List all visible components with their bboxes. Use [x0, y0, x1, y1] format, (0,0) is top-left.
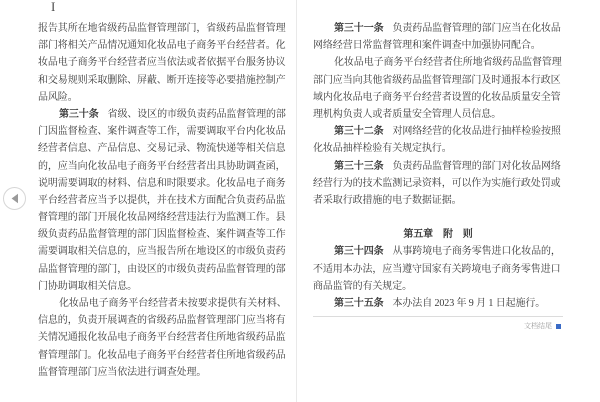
page-right-text-column: 第三十一条负责药品监督管理的部门应当在化妆品网络经营日常监督管理和案件调查中加强… [313, 20, 563, 312]
text-cursor-i-beam: I [51, 0, 55, 14]
text-line: 理机构负责人或者质量安全管理人员信息。 [313, 106, 563, 123]
text-line: 者采取行政措施的电子数据证据。 [313, 192, 563, 209]
text-line: 商品监管的有关规定。 [313, 278, 563, 295]
text-line: 第三十四条从事跨境电子商务零售进口化妆品的， [313, 243, 563, 260]
text-line: 和交易规则采取删除、屏蔽、断开连接等必要措施控制产 [38, 72, 286, 89]
text-line: 部门应当向其他省级药品监督管理部门及时通报本行政区 [313, 72, 563, 89]
text-line: 第三十三条负责药品监督管理的部门对化妆品网络 [313, 158, 563, 175]
article-number: 第三十三条 [334, 161, 384, 172]
text-line: 第三十条省级、设区的市级负责药品监督管理的部 [38, 106, 286, 123]
article-number: 第三十四条 [334, 246, 384, 257]
article-number: 第三十五条 [334, 298, 384, 309]
text-line: 报告其所在地省级药品监督管理部门，省级药品监督管理 [38, 20, 286, 37]
text-line: 门协助调取相关信息。 [38, 278, 286, 295]
text-line: 经营行为的技术监测记录资料，可以作为实施行政处罚或 [313, 175, 563, 192]
text-line: 督管理的部门开展化妆品网络经营违法行为监测工作。县 [38, 209, 286, 226]
text-line: 域内化妆品电子商务平台经营者设置的化妆品质量安全管 [313, 89, 563, 106]
text-line: 需要调取相关信息的，应当报告所在地设区的市级负责药 [38, 243, 286, 260]
page-right: 第三十一条负责药品监督管理的部门应当在化妆品网络经营日常监督管理和案件调查中加强… [297, 0, 600, 402]
text-line: 化妆品抽样检验有关规定执行。 [313, 140, 563, 157]
text-line: 化妆品电子商务平台经营者住所地省级药品监督管理 [313, 54, 563, 71]
chevron-left-icon [10, 193, 19, 204]
previous-page-button[interactable] [3, 187, 26, 210]
text-line: 部门将相关产品情况通知化妆品电子商务平台经营者。化 [38, 37, 286, 54]
page-left: 报告其所在地省级药品监督管理部门，省级药品监督管理部门将相关产品情况通知化妆品电… [0, 0, 296, 402]
article-number: 第三十条 [59, 109, 99, 120]
text-line: 第三十五条本办法自 2023 年 9 月 1 日起施行。 [313, 295, 563, 312]
text-line: 的，应当向化妆品电子商务平台经营者出具协助调查函， [38, 158, 286, 175]
document-end-rule [313, 316, 563, 317]
text-line: 说明需要调取的材料、信息和时限要求。化妆品电子商务 [38, 175, 286, 192]
text-line: 平台经营者应当予以提供，并在技术方面配合负责药品监 [38, 192, 286, 209]
text-line: 第五章 附 则 [313, 226, 563, 243]
text-line: 品风险。 [38, 89, 286, 106]
text-line: 品监督管理的部门，由设区的市级负责药品监督管理的部 [38, 261, 286, 278]
text-line: 第三十一条负责药品监督管理的部门应当在化妆品 [313, 20, 563, 37]
text-line: 网络经营日常监督管理和案件调查中加强协同配合。 [313, 37, 563, 54]
text-line: 信息的，负责开展调查的省级药品监督管理部门应当将有 [38, 312, 286, 329]
document-end-label: 文档结尾 [524, 321, 552, 331]
article-number: 第三十二条 [334, 126, 384, 137]
text-line [313, 209, 563, 226]
document-end-square-icon [556, 324, 561, 329]
document-viewer: 报告其所在地省级药品监督管理部门，省级药品监督管理部门将相关产品情况通知化妆品电… [0, 0, 600, 402]
text-line: 监督管理部门应当依法进行调查处理。 [38, 364, 286, 381]
page-left-text-column: 报告其所在地省级药品监督管理部门，省级药品监督管理部门将相关产品情况通知化妆品电… [38, 20, 286, 381]
text-line: 经营者信息、产品信息、交易记录、物流快递等相关信息 [38, 140, 286, 157]
text-line: 门因监督检查、案件调查等工作，需要调取平台内化妆品 [38, 123, 286, 140]
text-line: 妆品电子商务平台经营者应当依法或者依据平台服务协议 [38, 54, 286, 71]
article-number: 第三十一条 [334, 23, 384, 34]
text-line: 级负责药品监督管理的部门因监督检查、案件调查等工作 [38, 226, 286, 243]
document-end-marker: 文档结尾 [313, 316, 563, 331]
text-line: 关情况通报化妆品电子商务平台经营者住所地省级药品监 [38, 329, 286, 346]
text-line: 不适用本办法，应当遵守国家有关跨境电子商务零售进口 [313, 261, 563, 278]
text-line: 第三十二条对网络经营的化妆品进行抽样检验按照 [313, 123, 563, 140]
text-line: 化妆品电子商务平台经营者未按要求提供有关材料、 [38, 295, 286, 312]
text-line: 督管理部门。化妆品电子商务平台经营者住所地省级药品 [38, 347, 286, 364]
